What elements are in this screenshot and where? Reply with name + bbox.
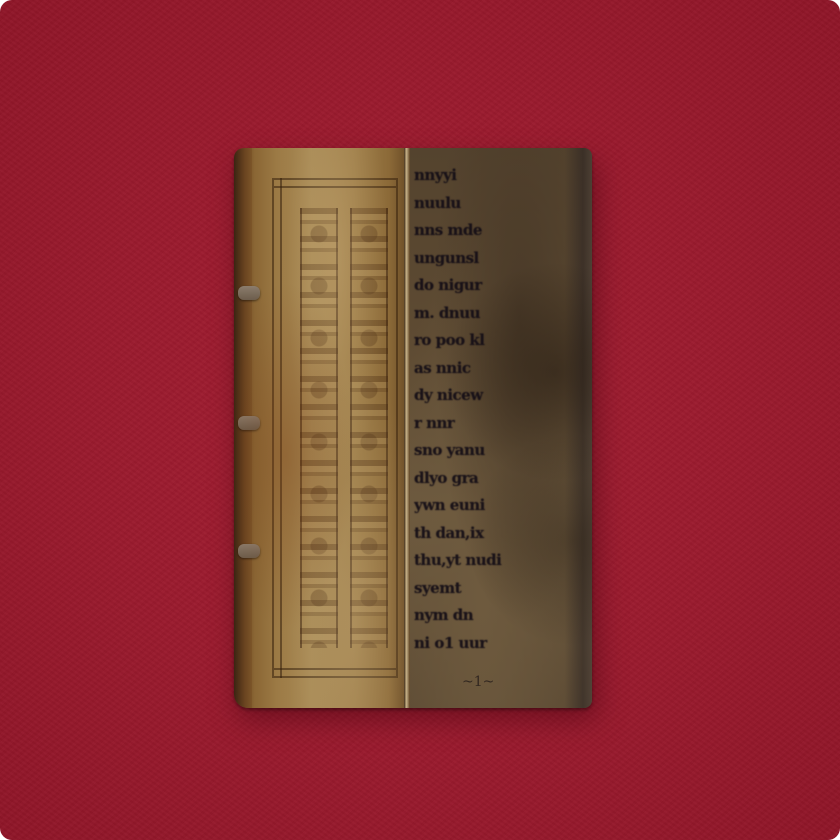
script-line: nym dn xyxy=(414,602,514,630)
antique-book: nnyyi nuulu nns mde ungunsl do nigur m. … xyxy=(234,148,592,708)
script-line: dlyo gra xyxy=(414,465,514,493)
script-line: do nigur xyxy=(414,272,514,300)
script-line: nns mde xyxy=(414,217,514,245)
fillet-line xyxy=(274,676,396,678)
raised-band-1 xyxy=(238,286,260,300)
script-line: thu,yt nudi xyxy=(414,547,514,575)
script-line: ywn euni xyxy=(414,492,514,520)
spine-edge xyxy=(234,148,252,708)
fillet-line xyxy=(274,668,396,670)
script-line: m. dnuu xyxy=(414,300,514,328)
fillet-line xyxy=(274,178,396,180)
manuscript-leaf: nnyyi nuulu nns mde ungunsl do nigur m. … xyxy=(410,148,592,708)
script-line: nuulu xyxy=(414,190,514,218)
decorative-roll-ornament xyxy=(350,208,388,648)
raised-band-3 xyxy=(238,544,260,558)
script-line: r nnr xyxy=(414,410,514,438)
script-line: ro poo kl xyxy=(414,327,514,355)
blackletter-text: nnyyi nuulu nns mde ungunsl do nigur m. … xyxy=(414,162,514,657)
fillet-line xyxy=(274,186,396,188)
fillet-line xyxy=(280,178,282,678)
red-background: nnyyi nuulu nns mde ungunsl do nigur m. … xyxy=(0,0,840,840)
script-line: ni o1 uur xyxy=(414,630,514,658)
raised-band-2 xyxy=(238,416,260,430)
ink-mark: ~1~ xyxy=(462,674,494,690)
fillet-line xyxy=(396,178,398,678)
fillet-line xyxy=(272,178,274,678)
script-line: ungunsl xyxy=(414,245,514,273)
script-line: as nnic xyxy=(414,355,514,383)
leather-binding xyxy=(234,148,406,708)
script-line: sno yanu xyxy=(414,437,514,465)
script-line: syemt xyxy=(414,575,514,603)
script-line: dy nicew xyxy=(414,382,514,410)
script-line: th dan,ix xyxy=(414,520,514,548)
script-line: nnyyi xyxy=(414,162,514,190)
decorative-roll-ornament xyxy=(300,208,338,648)
